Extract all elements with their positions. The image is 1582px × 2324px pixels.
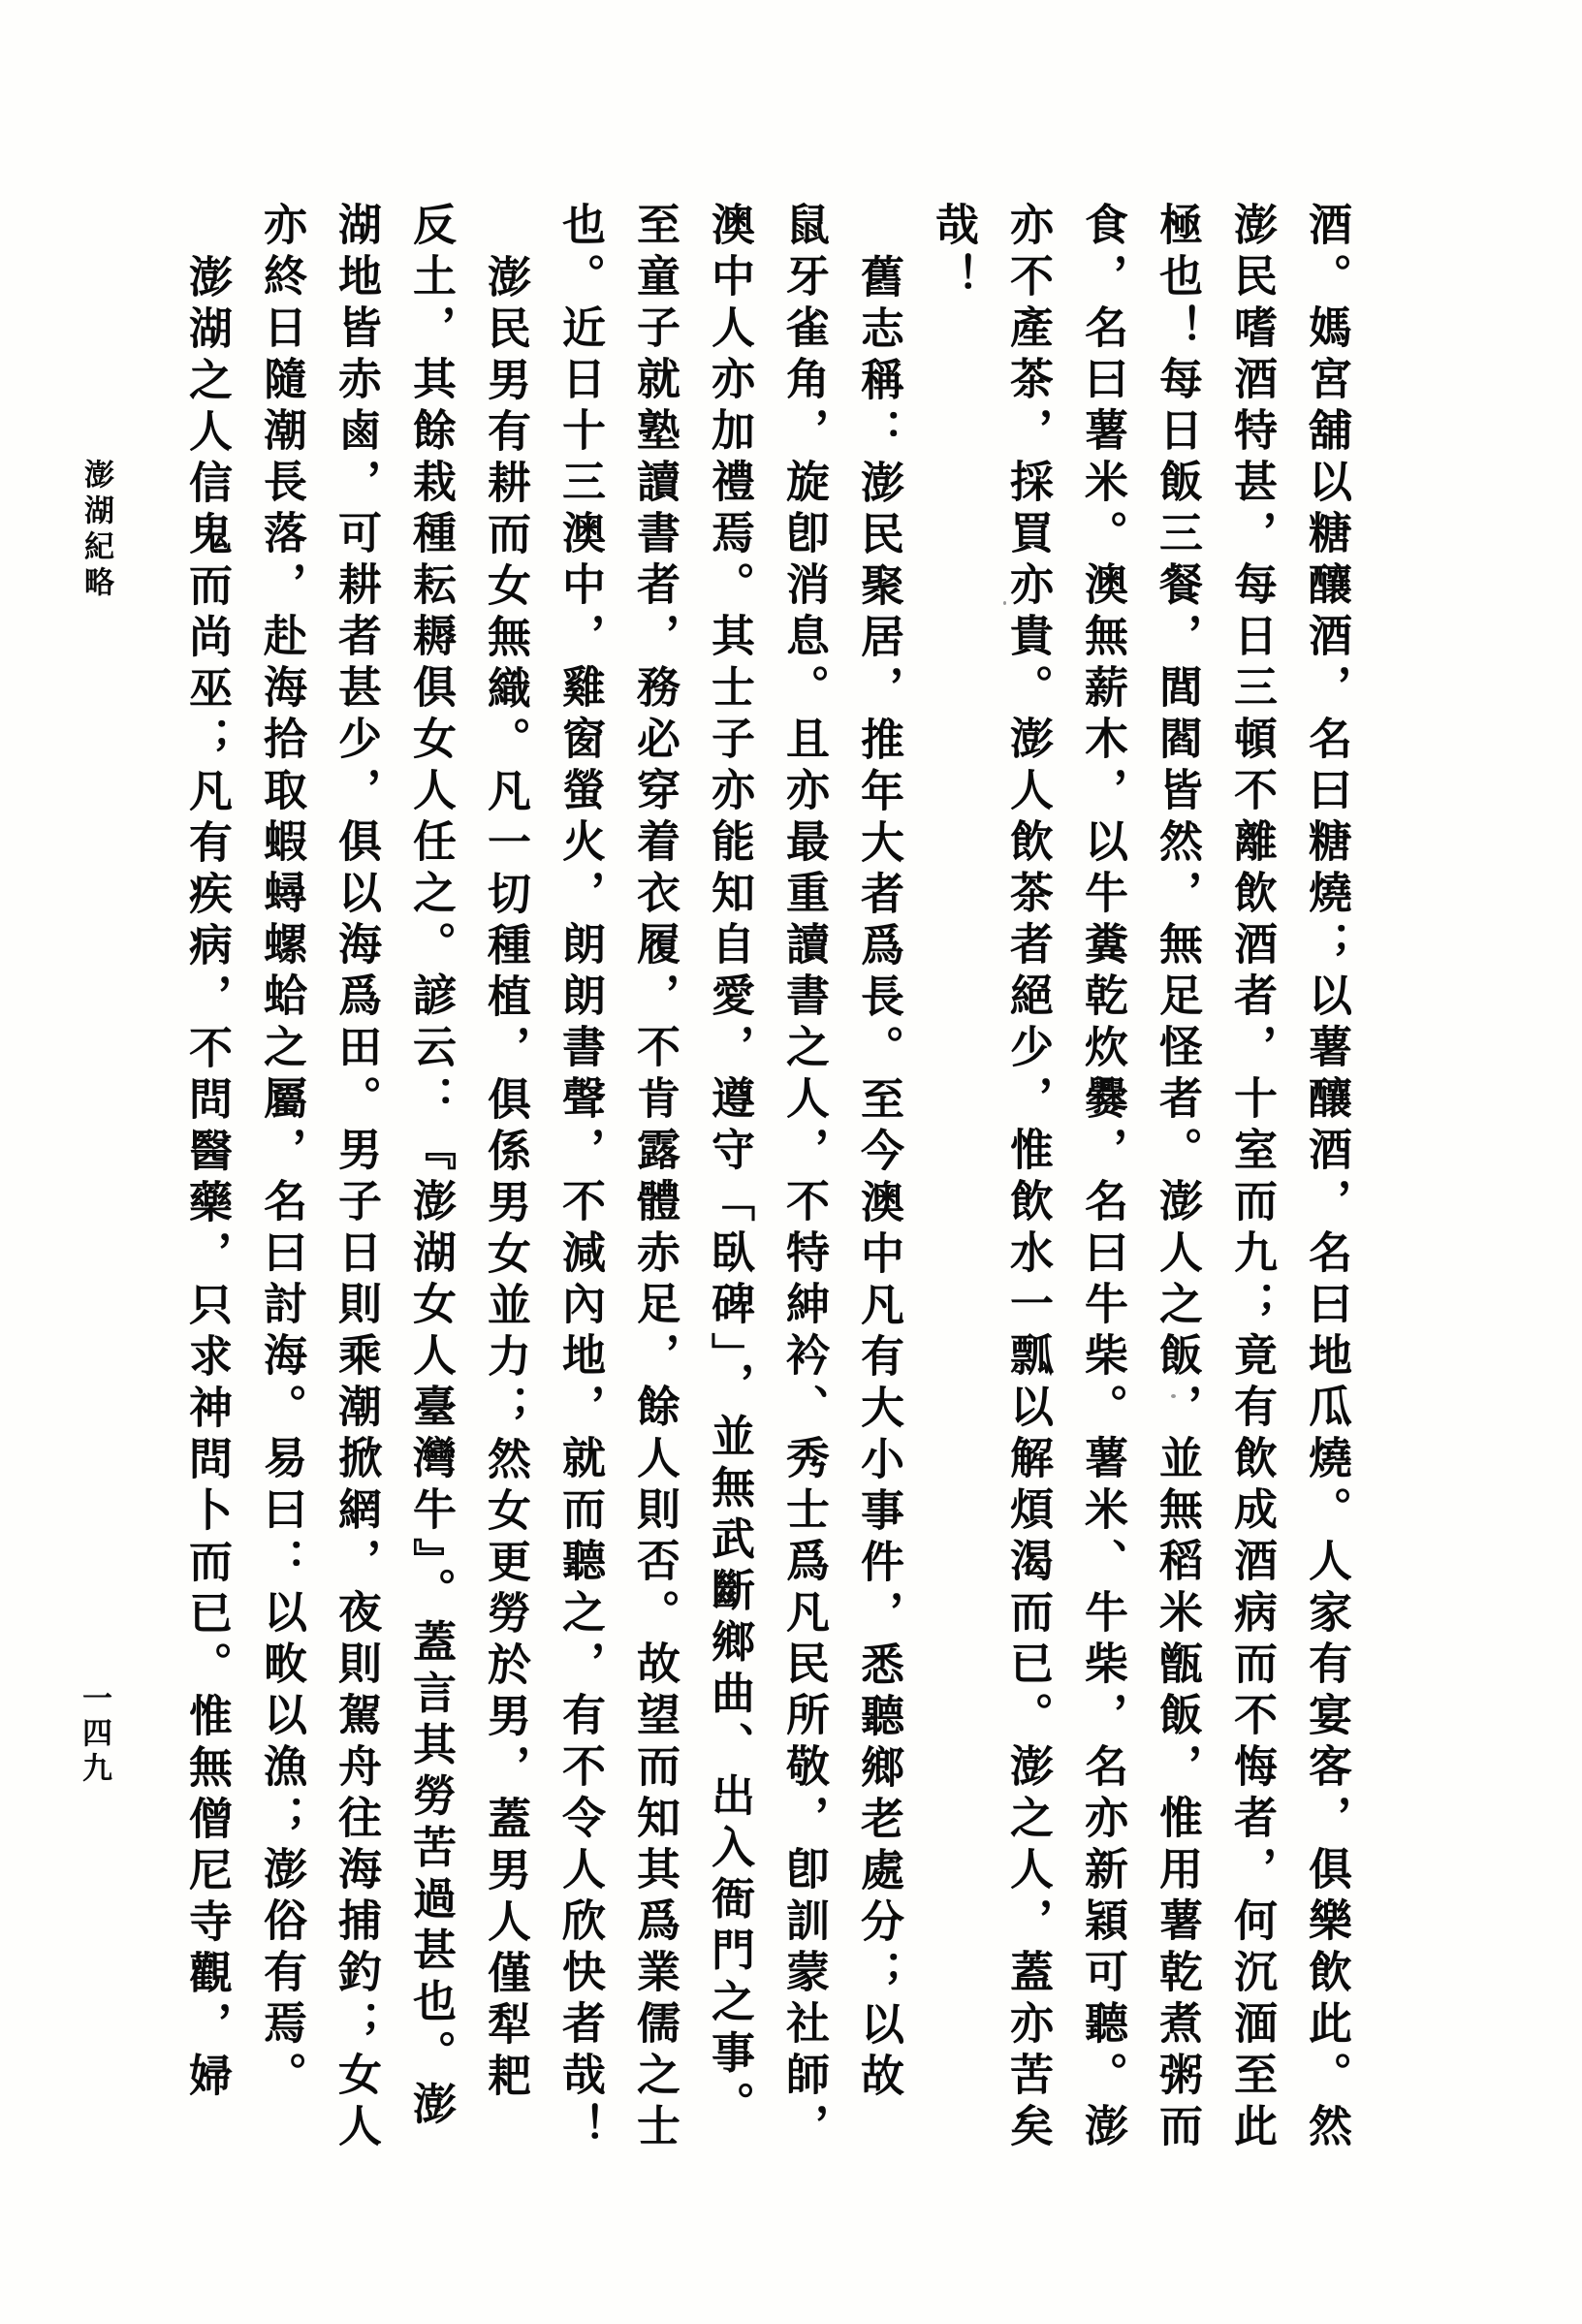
text-column: 酒。媽宮舖以糖釀酒，名曰糖燒；以薯釀酒，名曰地瓜燒。人家有宴客，俱樂飲此。然	[1287, 202, 1362, 2168]
text-column: 舊志稱：澎民聚居，推年大者爲長。至今澳中凡有大小事件，悉聽鄉老處分；以故	[839, 202, 914, 2168]
text-column: 食，名曰薯米。澳無薪木，以牛糞乾炊爨，名曰牛柴。薯米、牛柴，名亦新穎可聽。澎	[1063, 202, 1138, 2168]
page-number: 一四九	[79, 1682, 110, 1787]
text-column: 極也！每日飯三餐，閭閻皆然，無足怪者。澎人之飯，並無稻米甑飯，惟用薯乾煮粥而	[1138, 202, 1213, 2168]
scan-speck	[1171, 1394, 1176, 1398]
scan-speck	[1003, 601, 1006, 605]
text-column: 澎湖之人信鬼而尚巫；凡有疾病，不問醫藥，只求神問卜而已。惟無僧尼寺觀，婦	[168, 202, 242, 2168]
text-column: 澎民男有耕而女無織。凡一切種植，俱係男女並力；然女更勞於男，蓋男人僅犁耙	[466, 202, 541, 2168]
margin-running-title: 澎湖紀略	[81, 459, 111, 602]
text-column: 澳中人亦加禮焉。其士子亦能知自愛，遵守「臥碑」，並無武斷鄉曲、出入衙門之事。	[690, 202, 765, 2168]
scan-speck	[270, 722, 275, 725]
text-column: 哉！	[914, 202, 989, 2168]
scan-speck	[646, 1086, 649, 1090]
text-column: 湖地皆赤鹵，可耕者甚少，俱以海爲田。男子日則乘潮掀網，夜則駕舟往海捕釣；女人	[317, 202, 392, 2168]
text-column: 鼠牙雀角，旋卽消息。且亦最重讀書之人，不特紳衿、秀士爲凡民所敬，卽訓蒙社師，	[765, 202, 839, 2168]
text-column: 亦不產茶，採買亦貴。澎人飲茶者絕少，惟飲水一瓢以解煩渴而已。澎之人，蓋亦苦矣	[989, 202, 1063, 2168]
text-column: 澎民嗜酒特甚，每日三頓不離飲酒者，十室而九；竟有飲成酒病而不悔者，何沉湎至此	[1213, 202, 1287, 2168]
book-scan-page: 酒。媽宮舖以糖釀酒，名曰糖燒；以薯釀酒，名曰地瓜燒。人家有宴客，俱樂飲此。然澎民…	[0, 0, 1582, 2324]
text-column: 亦終日隨潮長落，赴海拾取蝦蟳螺蛤之屬，名曰討海。易曰：以畋以漁；澎俗有焉。	[242, 202, 317, 2168]
text-column: 至童子就塾讀書者，務必穿着衣履，不肯露體赤足，餘人則否。故望而知其爲業儒之士	[616, 202, 690, 2168]
text-column: 反土，其餘栽種耘耨俱女人任之。諺云：『澎湖女人臺灣牛』。蓋言其勞苦過甚也。澎	[392, 202, 466, 2168]
text-column: 也。近日十三澳中，雞窗螢火，朗朗書聲，不減內地，就而聽之，有不令人欣快者哉！	[541, 202, 616, 2168]
text-columns: 酒。媽宮舖以糖釀酒，名曰糖燒；以薯釀酒，名曰地瓜燒。人家有宴客，俱樂飲此。然澎民…	[168, 202, 1362, 2168]
